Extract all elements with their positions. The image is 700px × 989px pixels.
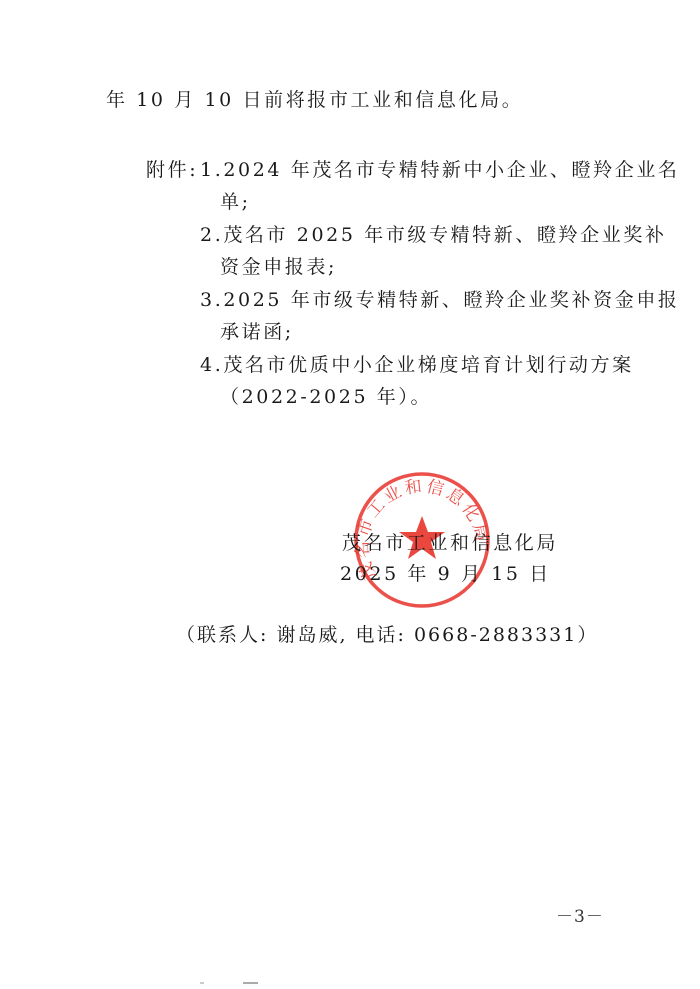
attachment-item-4-cont: （2022-2025 年）。 xyxy=(220,385,432,409)
page-number: －3－ xyxy=(556,902,604,927)
attachment-item-4: 4.茂名市优质中小企业梯度培育计划行动方案 xyxy=(200,353,634,377)
attachment-item-1: 1.2024 年茂名市专精特新中小企业、瞪羚企业名 xyxy=(200,158,680,182)
signature-date: 2025 年 9 月 15 日 xyxy=(340,562,551,586)
attachment-item-3-cont: 承诺函; xyxy=(220,320,294,344)
contact-info: （联系人: 谢岛威, 电话: 0668-2883331） xyxy=(176,623,598,647)
signature-organization: 茂名市工业和信息化局 xyxy=(342,531,558,555)
attachment-item-2: 2.茂名市 2025 年市级专精特新、瞪羚企业奖补 xyxy=(200,223,667,247)
attachment-item-1-cont: 单; xyxy=(220,190,251,214)
scan-artifact xyxy=(200,982,204,984)
body-text-line: 年 10 月 10 日前将报市工业和信息化局。 xyxy=(106,88,523,112)
attachment-item-3: 3.2025 年市级专精特新、瞪羚企业奖补资金申报 xyxy=(200,288,680,312)
scan-artifact xyxy=(243,982,258,984)
attachments-label: 附件: xyxy=(146,158,198,182)
attachment-item-2-cont: 资金申报表; xyxy=(220,255,337,279)
